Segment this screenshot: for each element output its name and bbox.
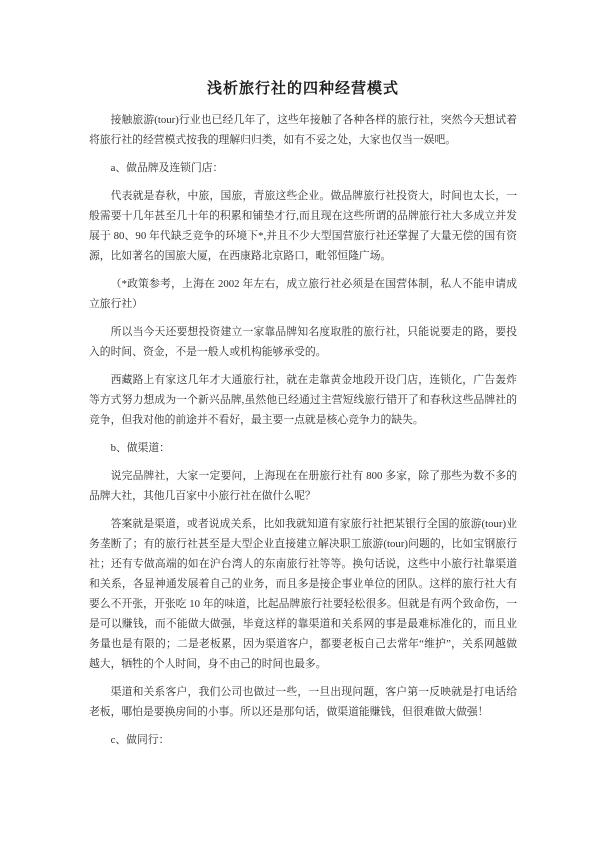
paragraph-brand-conclusion: 所以当今天还要想投资建立一家靠品牌知名度取胜的旅行社，只能说要走的路，要投入的时… <box>89 322 517 362</box>
document-title: 浅析旅行社的四种经营模式 <box>89 78 517 100</box>
paragraph-channel-answer: 答案就是渠道，或者说成关系，比如我就知道有家旅行社把某银行全国的旅游(tour)… <box>89 514 517 674</box>
paragraph-intro: 接触旅游(tour)行业也已经几年了，这些年接触了各种各样的旅行社，突然今天想试… <box>89 110 517 150</box>
paragraph-xizang-road-example: 西藏路上有家这几年才大通旅行社，就在走靠黄金地段开设门店，连锁化，广告轰炸等方式… <box>89 370 517 430</box>
document-body: 浅析旅行社的四种经营模式 接触旅游(tour)行业也已经几年了，这些年接触了各种… <box>89 78 517 758</box>
document-page: 浅析旅行社的四种经营模式 接触旅游(tour)行业也已经几年了，这些年接触了各种… <box>0 0 595 842</box>
section-heading-c: c、做同行： <box>89 730 517 750</box>
paragraph-policy-note: （*政策参考，上海在 2002 年左右，成立旅行社必须是在国营体制，私人不能申请… <box>89 274 517 314</box>
section-heading-b: b、做渠道： <box>89 438 517 458</box>
paragraph-channel-question: 说完品牌社，大家一定要问，上海现在在册旅行社有 800 多家，除了那些为数不多的… <box>89 466 517 506</box>
section-heading-a: a、做品牌及连锁门店： <box>89 158 517 178</box>
paragraph-channel-conclusion: 渠道和关系客户，我们公司也做过一些，一旦出现问题，客户第一反映就是打电话给老板，… <box>89 682 517 722</box>
paragraph-brand-overview: 代表就是春秋，中旅，国旅，青旅这些企业。做品牌旅行社投资大，时间也太长，一般需要… <box>89 186 517 266</box>
